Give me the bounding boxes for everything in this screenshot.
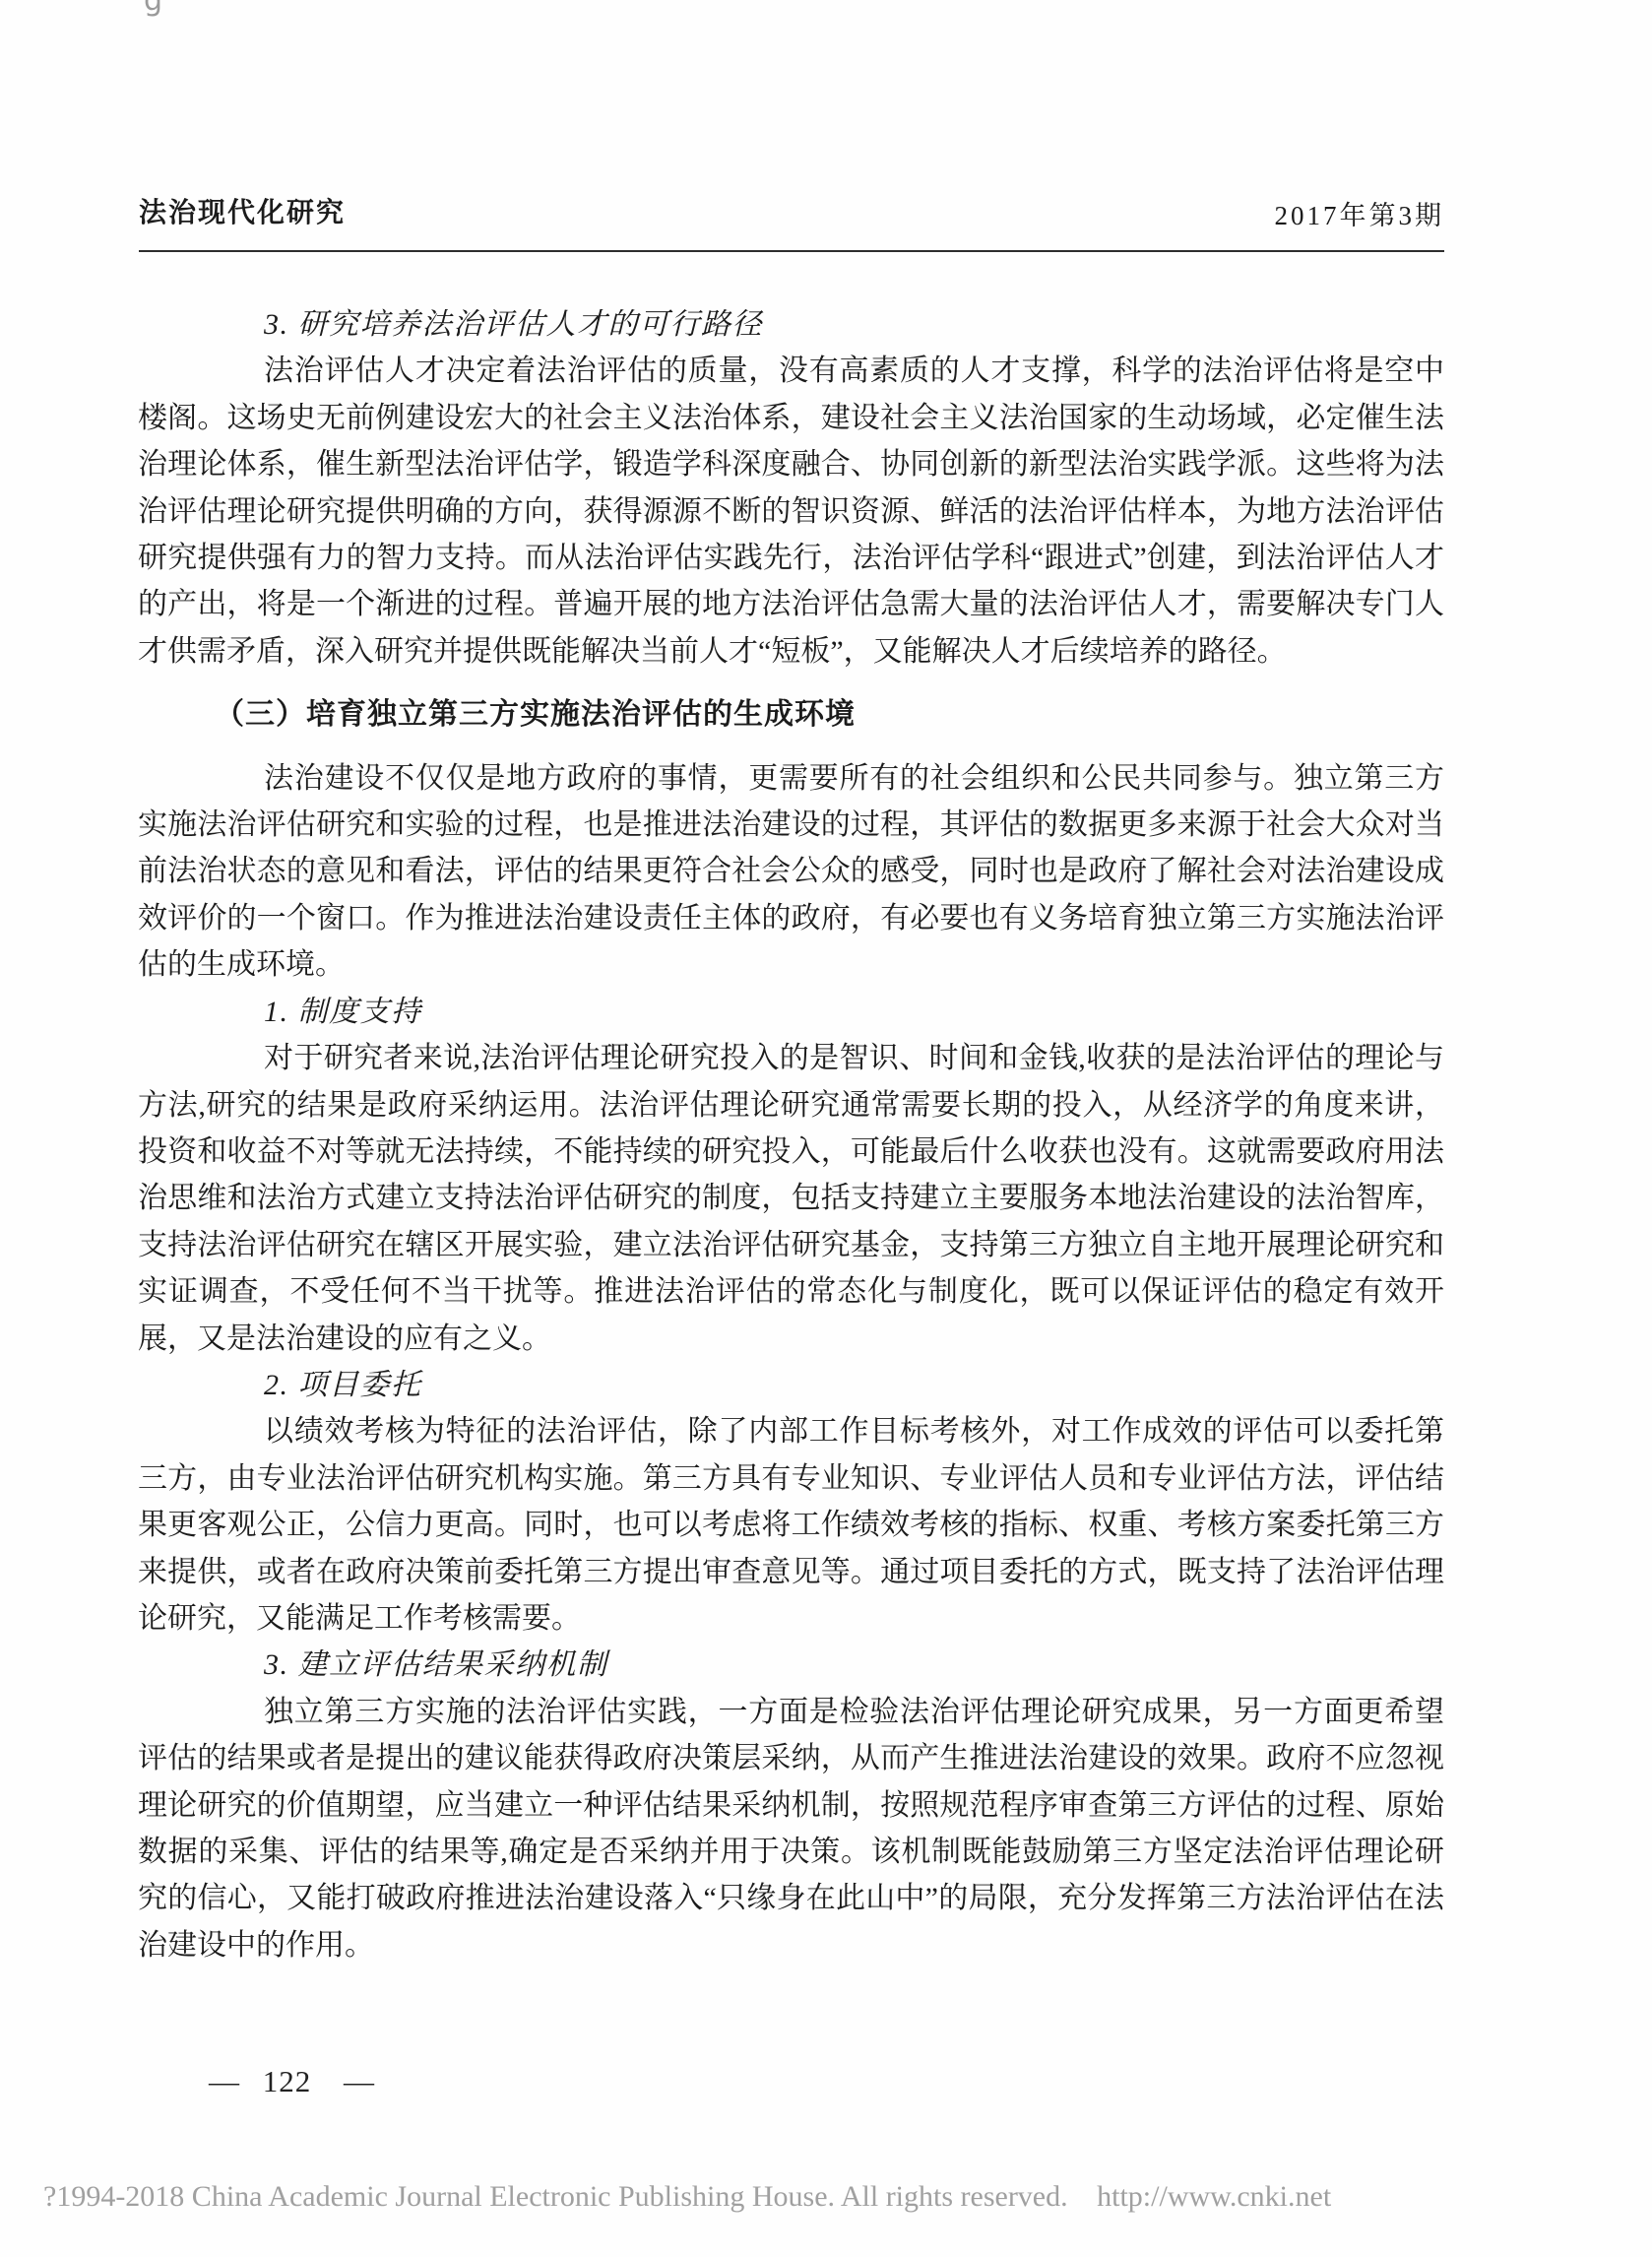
- cnki-url-text: http://www.cnki.net: [1097, 2180, 1331, 2213]
- body-paragraph: 对于研究者来说,法治评估理论研究投入的是智识、时间和金钱,收获的是法治评估的理论…: [138, 1035, 1444, 1362]
- page-number-dash: —: [344, 2064, 375, 2098]
- body-paragraph: 以绩效考核为特征的法治评估，除了内部工作目标考核外，对工作成效的评估可以委托第三…: [138, 1408, 1444, 1642]
- body-paragraph: 法治评估人才决定着法治评估的质量，没有高素质的人才支撑，科学的法治评估将是空中楼…: [138, 348, 1444, 675]
- journal-title: 法治现代化研究: [139, 191, 346, 230]
- page-number-dash: —: [209, 2064, 240, 2098]
- body-paragraph: 独立第三方实施的法治评估实践，一方面是检验法治评估理论研究成果，另一方面更希望评…: [138, 1689, 1444, 1968]
- document-body: 3. 研究培养法治评估人才的可行路径 法治评估人才决定着法治评估的质量，没有高素…: [138, 301, 1444, 1968]
- page-number-value: 122: [263, 2064, 312, 2098]
- scan-artifact-mark: g: [144, 0, 162, 18]
- copyright-footer: ?1994-2018 China Academic Journal Electr…: [43, 2180, 1331, 2214]
- issue-label: 2017年第3期: [1275, 194, 1445, 232]
- page-number: — 122 —: [209, 2064, 375, 2099]
- subsection-heading: 1. 制度支持: [138, 989, 1444, 1035]
- subsection-heading: 3. 建立评估结果采纳机制: [138, 1642, 1444, 1688]
- header-rule: [139, 250, 1444, 252]
- section-heading: （三）培育独立第三方实施法治评估的生成环境: [138, 691, 1444, 738]
- scanned-journal-page: g 法治现代化研究 2017年第3期 3. 研究培养法治评估人才的可行路径 法治…: [0, 0, 1652, 2257]
- copyright-text: ?1994-2018 China Academic Journal Electr…: [43, 2180, 1068, 2213]
- subsection-heading: 3. 研究培养法治评估人才的可行路径: [138, 301, 1444, 348]
- body-paragraph: 法治建设不仅仅是地方政府的事情，更需要所有的社会组织和公民共同参与。独立第三方实…: [138, 755, 1444, 989]
- subsection-heading: 2. 项目委托: [138, 1362, 1444, 1408]
